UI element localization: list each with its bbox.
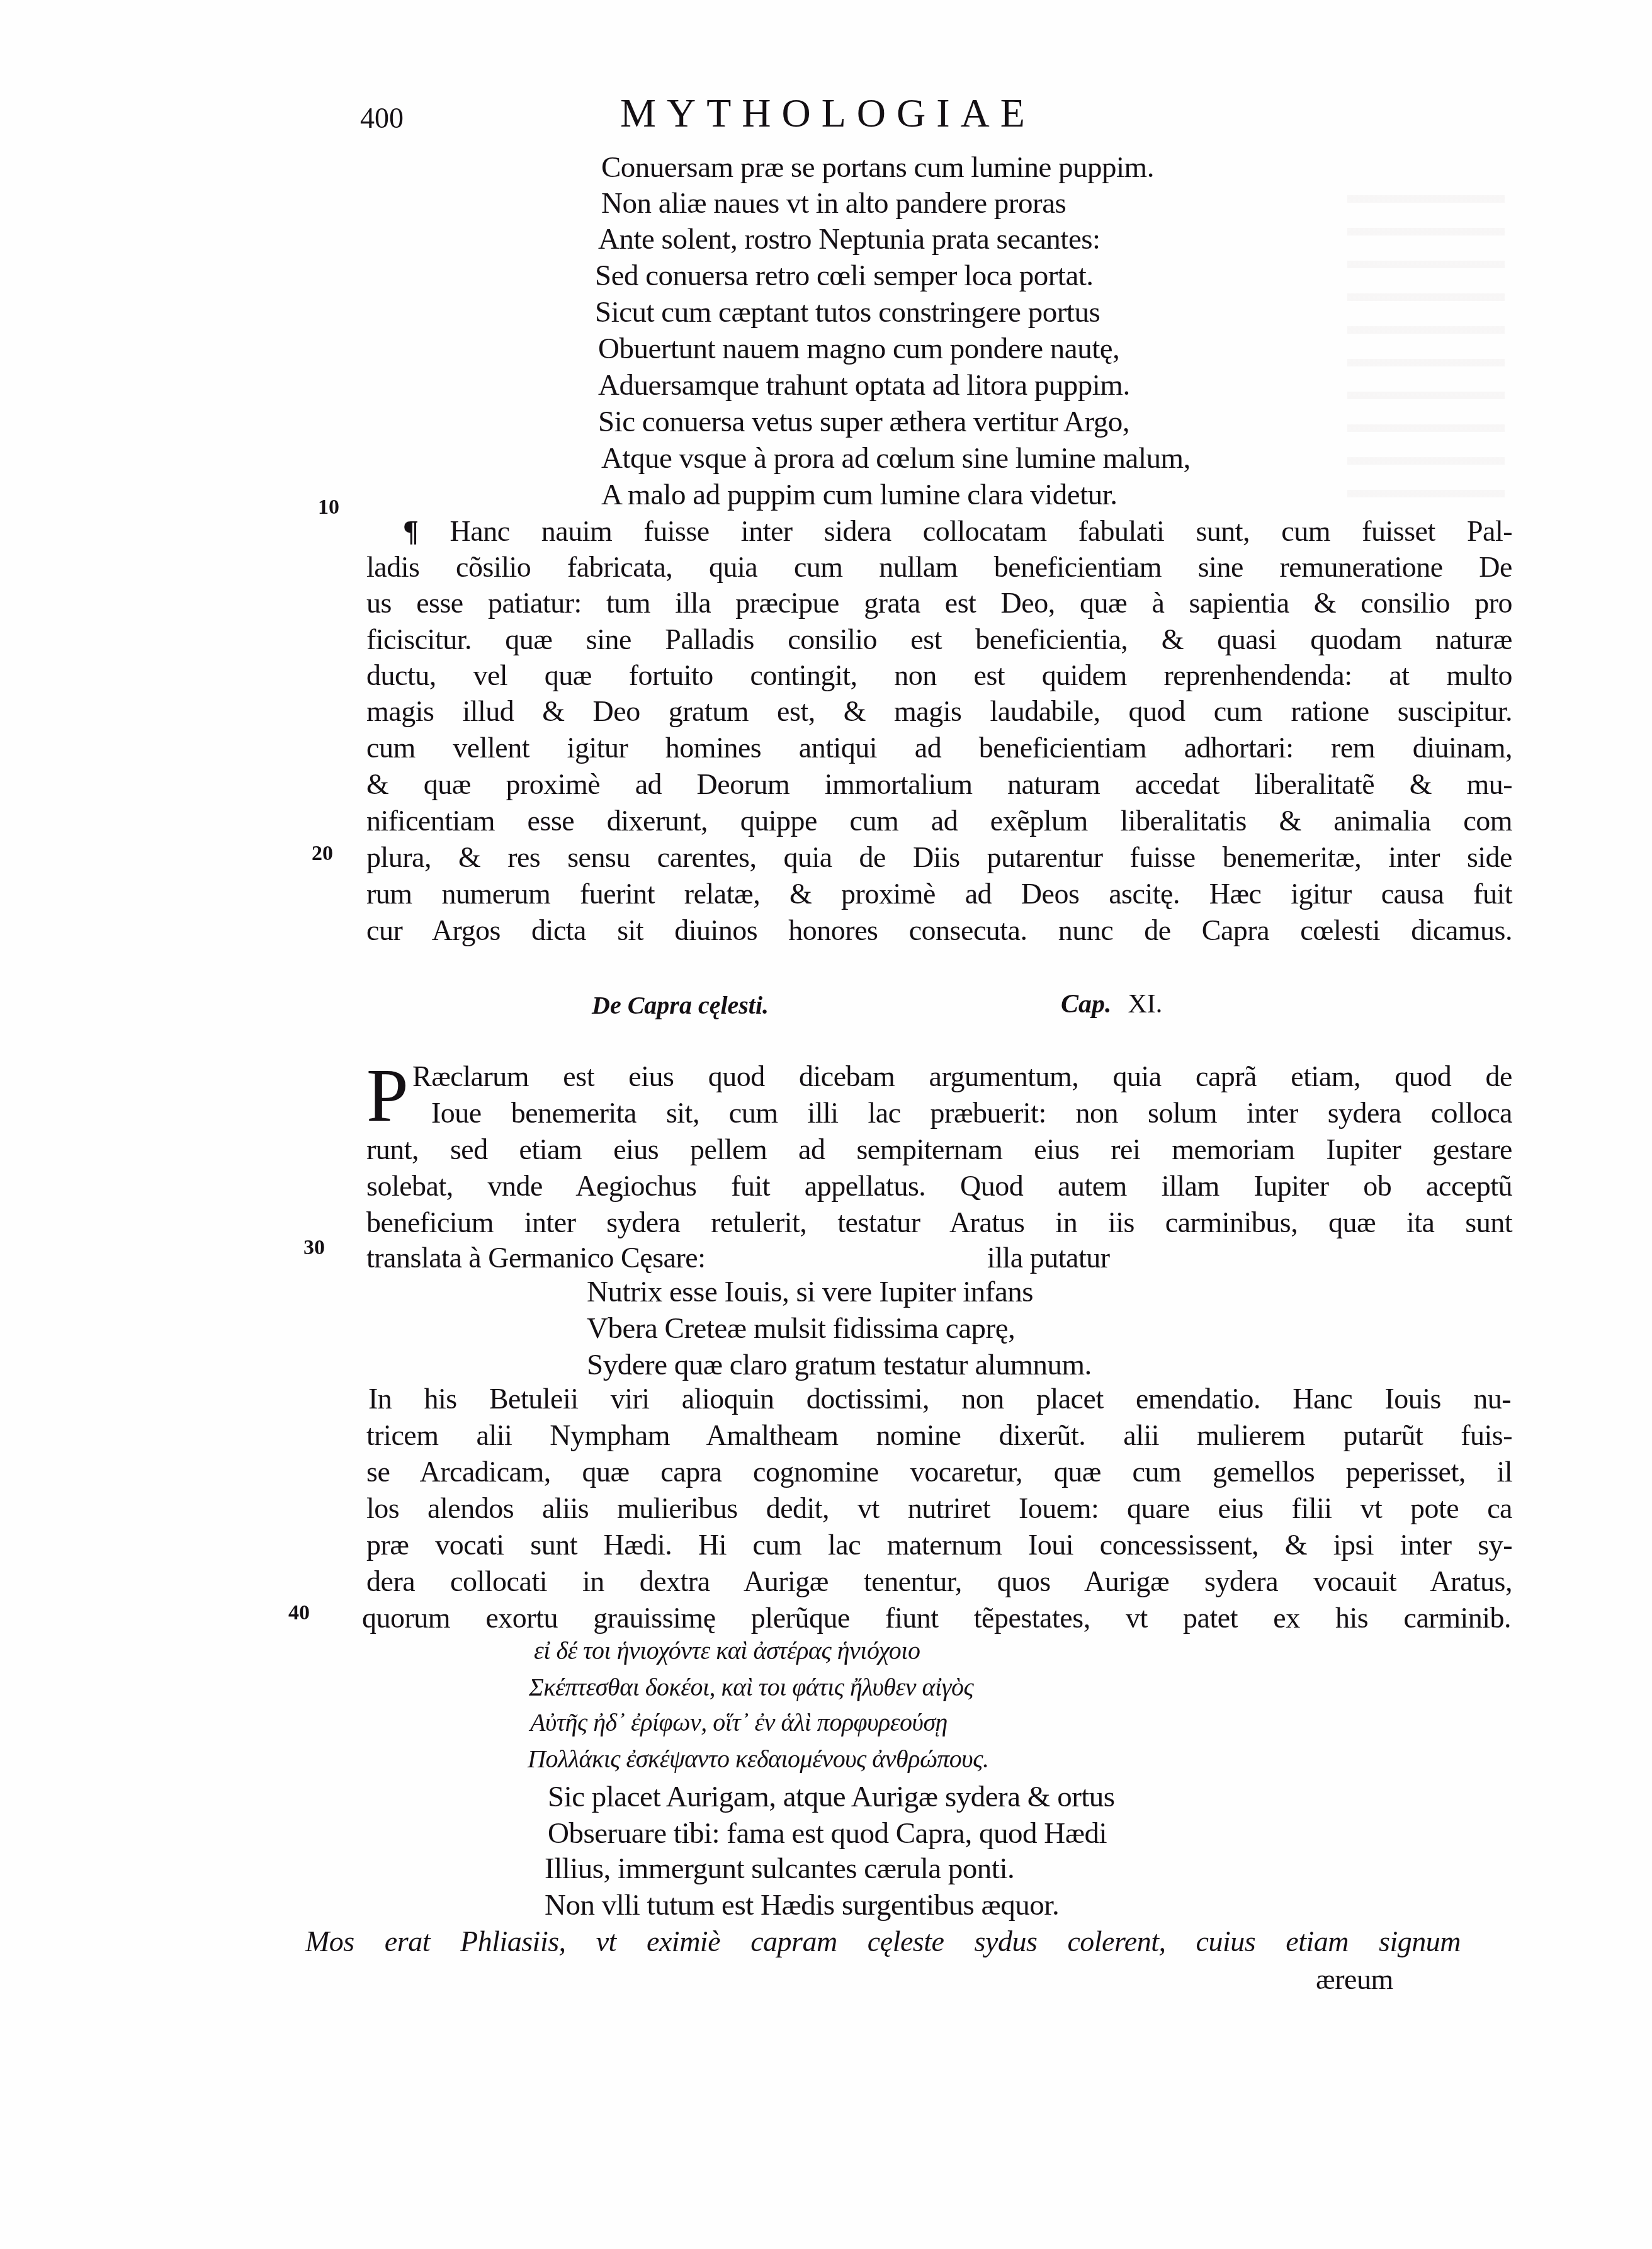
margin-line-number: 30 (303, 1235, 325, 1260)
paragraph-line: runt, sed etiam eius pellem ad sempitern… (366, 1132, 1512, 1167)
chapter-label: Cap. (1061, 990, 1112, 1019)
paragraph-line: Ræclarum est eius quod dicebam argumentu… (412, 1059, 1512, 1094)
paragraph-line: nificentiam esse dixerunt, quippe cum ad… (366, 803, 1512, 839)
verse-line: Non aliæ naues vt in alto pandere proras (601, 186, 1066, 221)
paragraph-line: magis illud & Deo gratum est, & magis la… (366, 694, 1512, 729)
paragraph-line: cum vellent igitur homines antiqui ad be… (366, 730, 1512, 766)
paragraph-line: solebat, vnde Aegiochus fuit appellatus.… (366, 1169, 1512, 1204)
paragraph-line: dera collocati in dextra Aurigæ tenentur… (366, 1564, 1512, 1599)
paragraph-line: plura, & res sensu carentes, quia de Dii… (366, 840, 1512, 875)
paragraph-line: Ioue benemerita sit, cum illi lac præbue… (431, 1096, 1512, 1131)
paragraph-line: & quæ proximè ad Deorum immortalium natu… (366, 767, 1512, 802)
show-through-text (1347, 170, 1505, 497)
paragraph-line: tricem alii Nympham Amaltheam nomine dix… (366, 1418, 1512, 1453)
paragraph-line: cur Argos dicta sit diuinos honores cons… (366, 913, 1512, 948)
drop-cap: P (366, 1058, 409, 1133)
paragraph-line: beneficium inter sydera retulerit, testa… (366, 1205, 1512, 1240)
verse-line: Obseruare tibi: fama est quod Capra, quo… (548, 1816, 1107, 1851)
paragraph-line: In his Betuleii viri alioquin doctissimi… (368, 1381, 1511, 1417)
pilcrow-icon: ¶ (403, 515, 418, 547)
verse-line: Aduersamque trahunt optata ad litora pup… (598, 368, 1130, 403)
chapter-title: De Capra cęlesti. (592, 990, 769, 1021)
verse-line: Atque vsque à prora ad cœlum sine lumine… (601, 441, 1191, 476)
book-page: 400 MYTHOLOGIAE Conuersam præ se portans… (0, 0, 1652, 2249)
paragraph-line: Mos erat Phliasiis, vt eximiè capram cęl… (305, 1924, 1461, 1959)
verse-line: Sicut cum cæptant tutos constringere por… (595, 295, 1100, 330)
greek-verse-line: εἰ δέ τοι ἡνιοχόντε καὶ ἀστέρας ἡνιόχοιο (534, 1633, 920, 1668)
paragraph-line: translata à Germanico Cęsare: (366, 1240, 706, 1276)
chapter-number: Cap.XI. (1061, 989, 1162, 1020)
verse-line: Sic conuersa vetus super æthera vertitur… (598, 404, 1129, 439)
paragraph-line: præ vocati sunt Hædi. Hi cum lac maternu… (366, 1527, 1512, 1563)
paragraph-line: se Arcadicam, quæ capra cognomine vocare… (366, 1454, 1512, 1490)
greek-verse-line: Αὐτῆς ἠδ᾽ ἐρίφων, οἵτ᾽ ἐν ἁλὶ πορφυρεούσ… (530, 1705, 948, 1740)
margin-line-number: 20 (312, 841, 333, 866)
verse-line: Sic placet Aurigam, atque Aurigæ sydera … (548, 1779, 1115, 1815)
margin-line-number: 40 (288, 1600, 310, 1626)
verse-line: Non vlli tutum est Hædis surgentibus æqu… (545, 1888, 1059, 1923)
greek-verse-line: Πολλάκις ἐσκέψαντο κεδαιομένους ἀνθρώπου… (528, 1742, 988, 1777)
verse-line: Illius, immergunt sulcantes cærula ponti… (545, 1851, 1014, 1886)
paragraph-line: ductu, vel quæ fortuito contingit, non e… (366, 658, 1512, 693)
verse-line: Vbera Creteæ mulsit fidissima caprę, (587, 1311, 1015, 1346)
chapter-roman-number: XI. (1128, 990, 1163, 1019)
paragraph-line: illa putatur (987, 1240, 1110, 1276)
paragraph-line: rum numerum fuerint relatæ, & proximè ad… (366, 876, 1512, 912)
verse-line: A malo ad puppim cum lumine clara videtu… (601, 477, 1117, 513)
verse-line: Ante solent, rostro Neptunia prata secan… (598, 222, 1100, 257)
verse-line: Nutrix esse Iouis, si vere Iupiter infan… (587, 1274, 1033, 1310)
catchword: æreum (1316, 1962, 1393, 1997)
verse-line: Sydere quæ claro gratum testatur alumnum… (587, 1347, 1092, 1383)
paragraph-line: quorum exortu grauissimę plerũque fiunt … (362, 1600, 1511, 1636)
paragraph-line: ficiscitur. quæ sine Palladis consilio e… (366, 622, 1512, 657)
margin-line-number: 10 (318, 495, 339, 520)
verse-line: Sed conuersa retro cœli semper loca port… (595, 258, 1094, 293)
verse-line: Obuertunt nauem magno cum pondere nautę, (598, 331, 1119, 366)
page-number: 400 (360, 99, 404, 137)
paragraph-line: ¶ Hanc nauim fuisse inter sidera colloca… (403, 514, 1512, 549)
paragraph-line: ladis cõsilio fabricata, quia cum nullam… (366, 550, 1512, 585)
paragraph-line: los alendos aliis mulieribus dedit, vt n… (366, 1491, 1512, 1526)
running-title: MYTHOLOGIAE (620, 88, 1036, 139)
greek-verse-line: Σκέπτεσθαι δοκέοι, καὶ τοι φάτις ἤλυθεν … (529, 1670, 973, 1705)
verse-line: Conuersam præ se portans cum lumine pupp… (601, 150, 1154, 185)
paragraph-line: us esse patiatur: tum illa præcipue grat… (366, 586, 1512, 621)
